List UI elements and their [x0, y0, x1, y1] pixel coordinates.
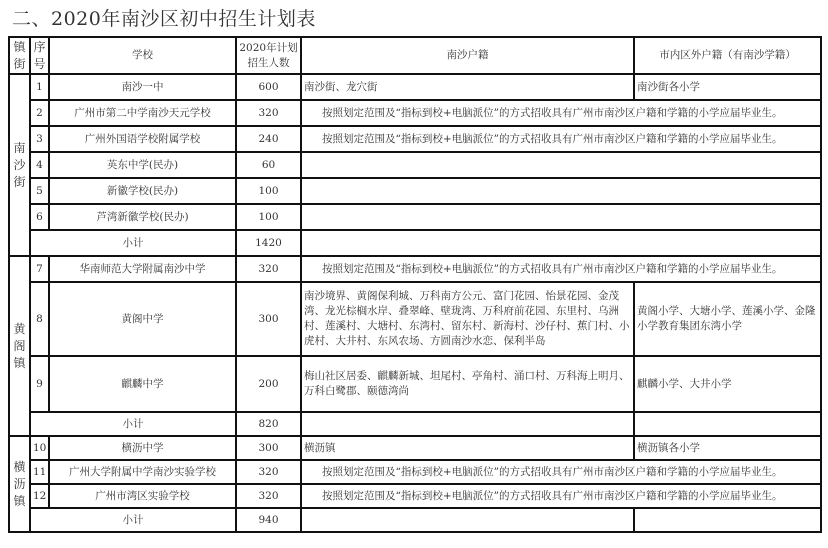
plan-cell: 300	[236, 436, 301, 460]
table-row: 4 英东中学(民办) 60	[9, 152, 821, 178]
seq-cell: 5	[30, 178, 49, 204]
seq-cell: 9	[30, 356, 49, 412]
table-row: 横沥镇 10 横沥中学 300 横沥镇 横沥镇各小学	[9, 436, 821, 460]
seq-cell: 2	[30, 100, 49, 126]
plan-cell: 600	[236, 74, 301, 100]
school-cell: 麒麟中学	[49, 356, 236, 412]
subtotal-label: 小计	[30, 508, 236, 532]
subtotal-value: 940	[236, 508, 301, 532]
table-row: 8 黄阁中学 300 南沙境界、黄阁保利城、万科南方公元、富门花园、怡景花园、金…	[9, 282, 821, 356]
empty-cell	[301, 230, 821, 256]
table-row: 黄阁镇 7 华南师范大学附属南沙中学 320 按照划定范围及“指标到校+电脑派位…	[9, 256, 821, 282]
district-cell: 黄阁镇	[9, 256, 30, 436]
subtotal-row: 小计 940	[9, 508, 821, 532]
document-title: 二、2020年南沙区初中招生计划表	[12, 4, 316, 31]
nansha-cell: 梅山社区居委、麒麟新城、坦尾村、亭角村、涌口村、万科海上明月、万科白鹭郡、颐德湾…	[301, 356, 634, 412]
empty-cell	[301, 412, 634, 436]
header-plan: 2020年计划招生人数	[236, 37, 301, 74]
school-cell: 广州外国语学校附属学校	[49, 126, 236, 152]
subtotal-label: 小计	[30, 230, 236, 256]
school-cell: 华南师范大学附属南沙中学	[49, 256, 236, 282]
empty-cell	[634, 508, 821, 532]
seq-cell: 7	[30, 256, 49, 282]
plan-cell: 320	[236, 484, 301, 508]
empty-cell	[301, 508, 634, 532]
table-row: 9 麒麟中学 200 梅山社区居委、麒麟新城、坦尾村、亭角村、涌口村、万科海上明…	[9, 356, 821, 412]
empty-cell	[301, 204, 821, 230]
seq-cell: 11	[30, 460, 49, 484]
policy-cell: 按照划定范围及“指标到校+电脑派位”的方式招收具有广州市南沙区户籍和学籍的小学应…	[301, 126, 821, 152]
header-district: 镇街	[9, 37, 30, 74]
empty-cell	[301, 178, 821, 204]
policy-cell: 按照划定范围及“指标到校+电脑派位”的方式招收具有广州市南沙区户籍和学籍的小学应…	[301, 256, 821, 282]
district-cell: 横沥镇	[9, 436, 30, 532]
seq-cell: 6	[30, 204, 49, 230]
seq-cell: 12	[30, 484, 49, 508]
plan-cell: 60	[236, 152, 301, 178]
policy-cell: 按照划定范围及“指标到校+电脑派位”的方式招收具有广州市南沙区户籍和学籍的小学应…	[301, 460, 821, 484]
table-header-row: 镇街 序号 学校 2020年计划招生人数 南沙户籍 市内区外户籍（有南沙学籍）	[9, 37, 821, 74]
header-outside-hukou: 市内区外户籍（有南沙学籍）	[634, 37, 821, 74]
empty-cell	[634, 412, 821, 436]
table-row: 12 广州市湾区实验学校 320 按照划定范围及“指标到校+电脑派位”的方式招收…	[9, 484, 821, 508]
school-cell: 南沙一中	[49, 74, 236, 100]
table-row: 11 广州大学附属中学南沙实验学校 320 按照划定范围及“指标到校+电脑派位”…	[9, 460, 821, 484]
plan-cell: 320	[236, 100, 301, 126]
policy-cell: 按照划定范围及“指标到校+电脑派位”的方式招收具有广州市南沙区户籍和学籍的小学应…	[301, 484, 821, 508]
seq-cell: 10	[30, 436, 49, 460]
enrollment-plan-table: 镇街 序号 学校 2020年计划招生人数 南沙户籍 市内区外户籍（有南沙学籍） …	[8, 36, 822, 533]
subtotal-row: 小计 820	[9, 412, 821, 436]
table-row: 3 广州外国语学校附属学校 240 按照划定范围及“指标到校+电脑派位”的方式招…	[9, 126, 821, 152]
nansha-cell: 南沙境界、黄阁保利城、万科南方公元、富门花园、怡景花园、金茂湾、龙光棕榈水岸、叠…	[301, 282, 634, 356]
school-cell: 横沥中学	[49, 436, 236, 460]
nansha-cell: 横沥镇	[301, 436, 634, 460]
outside-cell: 南沙街各小学	[634, 74, 821, 100]
outside-cell: 黄阁小学、大塘小学、莲溪小学、金隆小学教育集团东湾小学	[634, 282, 821, 356]
school-cell: 广州大学附属中学南沙实验学校	[49, 460, 236, 484]
school-cell: 黄阁中学	[49, 282, 236, 356]
outside-cell: 麒麟小学、大井小学	[634, 356, 821, 412]
plan-cell: 320	[236, 256, 301, 282]
subtotal-row: 小计 1420	[9, 230, 821, 256]
table-row: 2 广州市第二中学南沙天元学校 320 按照划定范围及“指标到校+电脑派位”的方…	[9, 100, 821, 126]
outside-cell: 横沥镇各小学	[634, 436, 821, 460]
plan-cell: 300	[236, 282, 301, 356]
plan-cell: 240	[236, 126, 301, 152]
plan-cell: 100	[236, 204, 301, 230]
school-cell: 英东中学(民办)	[49, 152, 236, 178]
header-seq: 序号	[30, 37, 49, 74]
table-row: 南沙街 1 南沙一中 600 南沙街、龙穴街 南沙街各小学	[9, 74, 821, 100]
seq-cell: 1	[30, 74, 49, 100]
plan-cell: 200	[236, 356, 301, 412]
seq-cell: 8	[30, 282, 49, 356]
header-nansha-hukou: 南沙户籍	[301, 37, 634, 74]
header-school: 学校	[49, 37, 236, 74]
plan-cell: 320	[236, 460, 301, 484]
subtotal-label: 小计	[30, 412, 236, 436]
nansha-cell: 南沙街、龙穴街	[301, 74, 634, 100]
school-cell: 广州市第二中学南沙天元学校	[49, 100, 236, 126]
table-row: 5 新徽学校(民办) 100	[9, 178, 821, 204]
policy-cell: 按照划定范围及“指标到校+电脑派位”的方式招收具有广州市南沙区户籍和学籍的小学应…	[301, 100, 821, 126]
table-row: 6 芦湾新徽学校(民办) 100	[9, 204, 821, 230]
plan-cell: 100	[236, 178, 301, 204]
empty-cell	[301, 152, 821, 178]
seq-cell: 4	[30, 152, 49, 178]
seq-cell: 3	[30, 126, 49, 152]
subtotal-value: 820	[236, 412, 301, 436]
school-cell: 广州市湾区实验学校	[49, 484, 236, 508]
subtotal-value: 1420	[236, 230, 301, 256]
school-cell: 芦湾新徽学校(民办)	[49, 204, 236, 230]
school-cell: 新徽学校(民办)	[49, 178, 236, 204]
district-cell: 南沙街	[9, 74, 30, 256]
